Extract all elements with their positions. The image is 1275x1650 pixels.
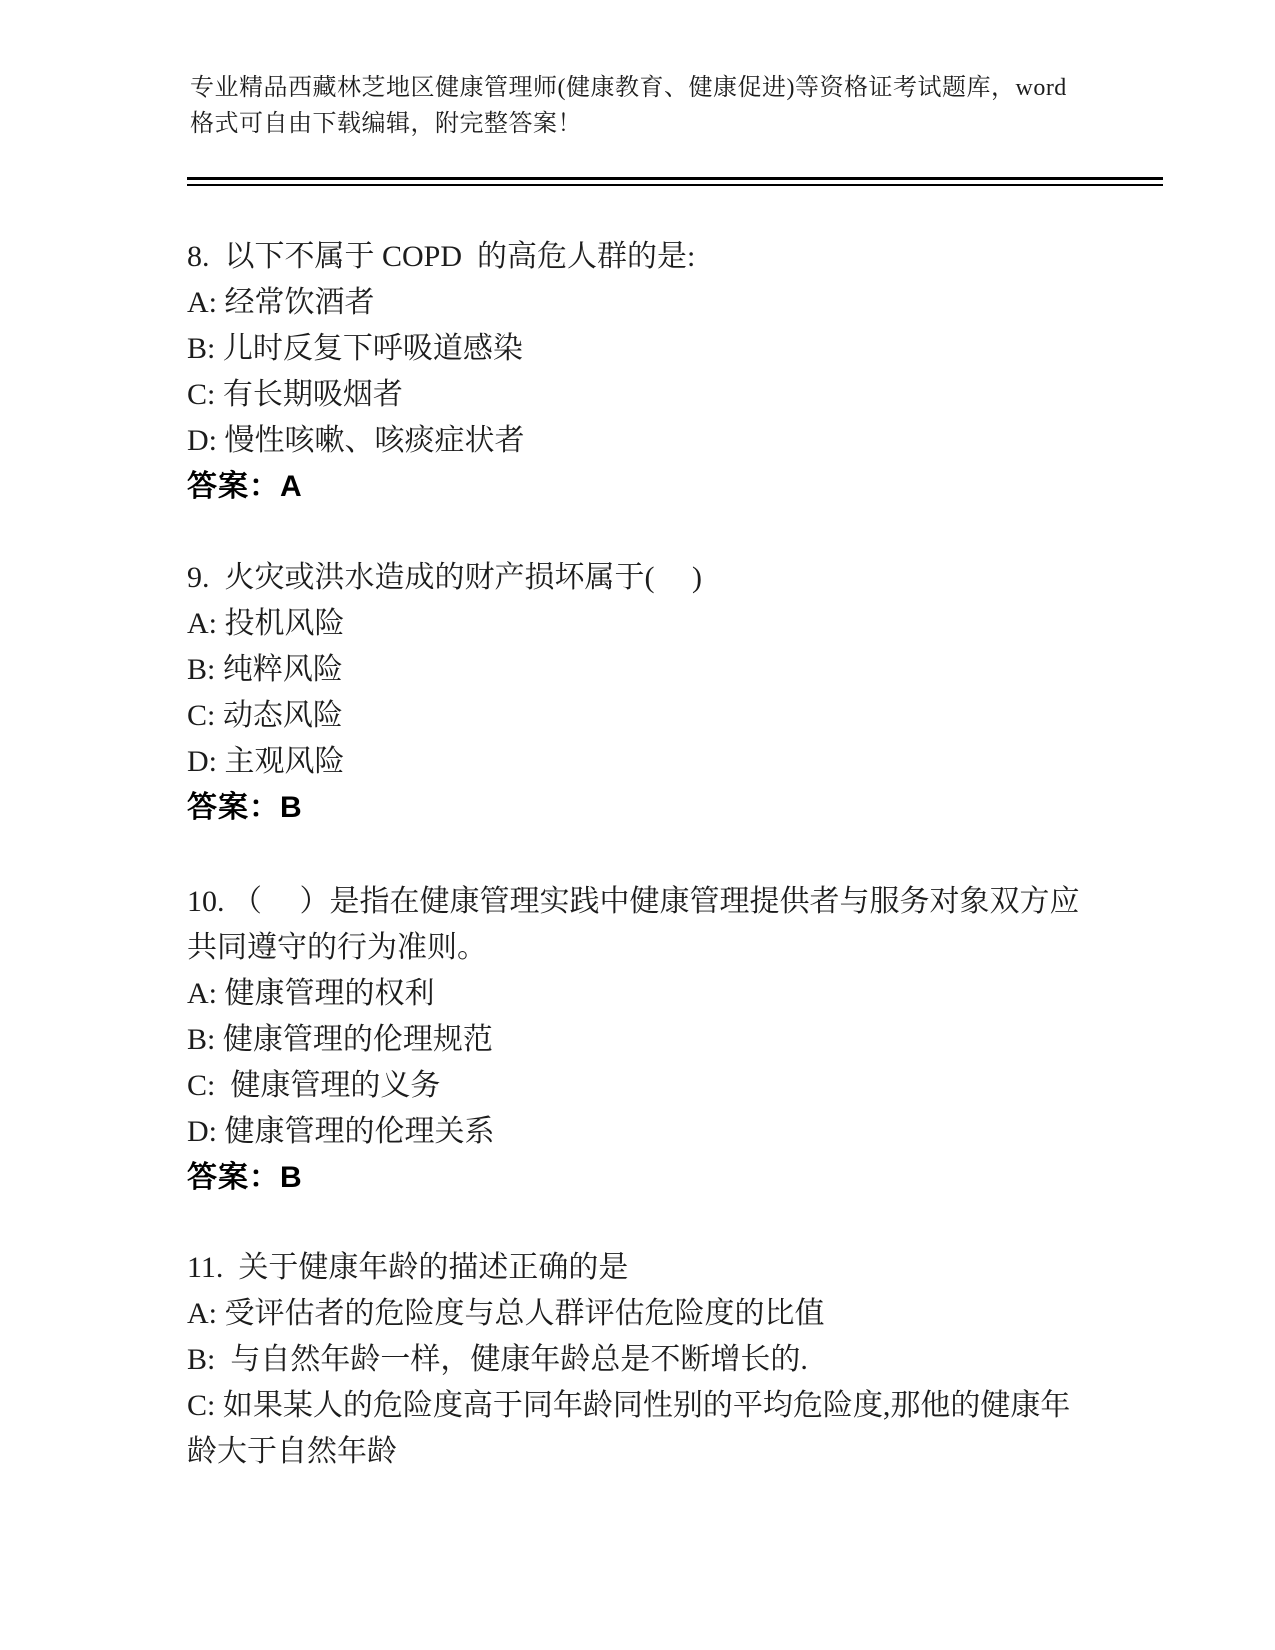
- question-11-option-b: B: 与自然年龄一样，健康年龄总是不断增长的.: [187, 1337, 1187, 1383]
- header-line-2: 格式可自由下载编辑，附完整答案！: [190, 106, 1170, 142]
- question-8-title: 8. 以下不属于 COPD 的高危人群的是:: [187, 234, 1187, 280]
- question-10-answer: 答案：B: [187, 1155, 1187, 1201]
- question-11-title: 11. 关于健康年龄的描述正确的是: [187, 1245, 1187, 1291]
- question-10-title-line-1: 10. （ ）是指在健康管理实践中健康管理提供者与服务对象双方应: [187, 879, 1187, 925]
- question-9-option-d: D: 主观风险: [187, 739, 1187, 785]
- header-divider: [187, 177, 1163, 186]
- question-10: 10. （ ）是指在健康管理实践中健康管理提供者与服务对象双方应 共同遵守的行为…: [187, 879, 1187, 1201]
- question-11: 11. 关于健康年龄的描述正确的是 A: 受评估者的危险度与总人群评估危险度的比…: [187, 1245, 1187, 1475]
- question-10-option-b: B: 健康管理的伦理规范: [187, 1017, 1187, 1063]
- question-10-title-line-2: 共同遵守的行为准则。: [187, 925, 1187, 971]
- header-line-1: 专业精品西藏林芝地区健康管理师(健康教育、健康促进)等资格证考试题库，word: [190, 70, 1170, 106]
- question-9-option-b: B: 纯粹风险: [187, 647, 1187, 693]
- question-8-option-b: B: 儿时反复下呼吸道感染: [187, 326, 1187, 372]
- question-8-option-a: A: 经常饮酒者: [187, 280, 1187, 326]
- question-8-answer: 答案：A: [187, 464, 1187, 510]
- page-header: 专业精品西藏林芝地区健康管理师(健康教育、健康促进)等资格证考试题库，word …: [190, 70, 1170, 142]
- question-8-option-d: D: 慢性咳嗽、咳痰症状者: [187, 418, 1187, 464]
- question-9-option-a: A: 投机风险: [187, 601, 1187, 647]
- question-10-option-d: D: 健康管理的伦理关系: [187, 1109, 1187, 1155]
- question-8: 8. 以下不属于 COPD 的高危人群的是: A: 经常饮酒者 B: 儿时反复下…: [187, 234, 1187, 510]
- question-11-option-a: A: 受评估者的危险度与总人群评估危险度的比值: [187, 1291, 1187, 1337]
- document-page: 专业精品西藏林芝地区健康管理师(健康教育、健康促进)等资格证考试题库，word …: [0, 0, 1275, 1650]
- question-9-option-c: C: 动态风险: [187, 693, 1187, 739]
- question-10-option-a: A: 健康管理的权利: [187, 971, 1187, 1017]
- question-9: 9. 火灾或洪水造成的财产损坏属于( ) A: 投机风险 B: 纯粹风险 C: …: [187, 555, 1187, 831]
- question-8-option-c: C: 有长期吸烟者: [187, 372, 1187, 418]
- question-10-option-c: C: 健康管理的义务: [187, 1063, 1187, 1109]
- question-9-answer: 答案：B: [187, 785, 1187, 831]
- question-11-option-c-line-2: 龄大于自然年龄: [187, 1429, 1187, 1475]
- question-9-title: 9. 火灾或洪水造成的财产损坏属于( ): [187, 555, 1187, 601]
- question-11-option-c-line-1: C: 如果某人的危险度高于同年龄同性别的平均危险度,那他的健康年: [187, 1383, 1187, 1429]
